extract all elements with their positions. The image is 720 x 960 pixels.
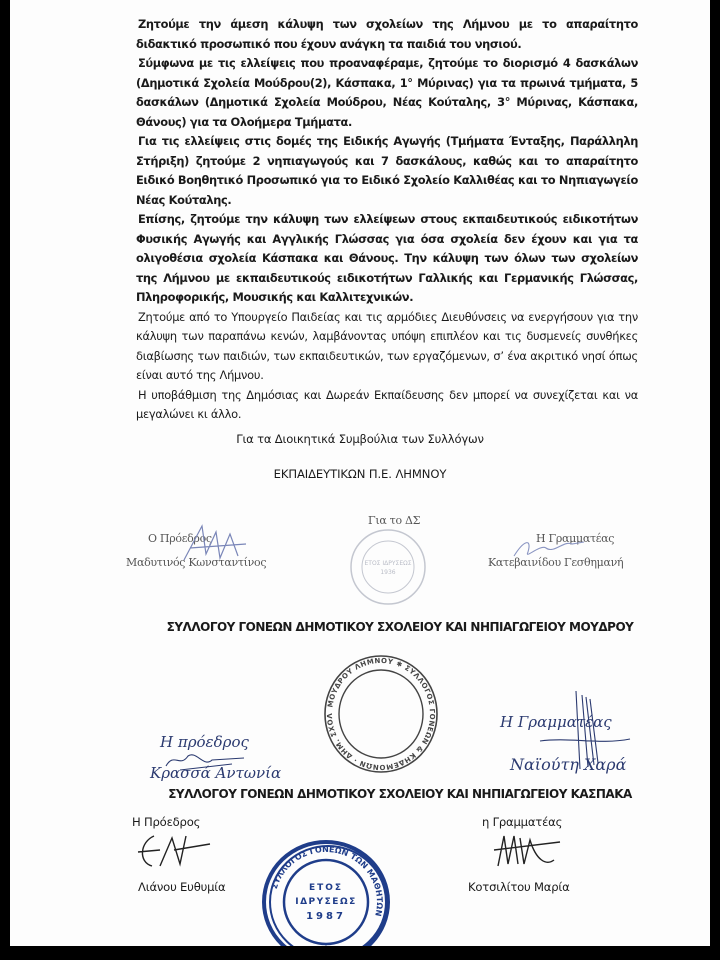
teachers-union-name: ΕΚΠΑΙΔΕΥΤΙΚΩΝ Π.Ε. ΛΗΜΝΟΥ — [10, 467, 710, 481]
svg-text:1987: 1987 — [306, 911, 346, 922]
moudros-union-name: ΣΥΛΛΟΓΟΥ ΓΟΝΕΩΝ ΔΗΜΟΤΙΚΟΥ ΣΧΟΛΕΙΟΥ ΚΑΙ Ν… — [10, 620, 710, 634]
moudros-president-handwritten-name: Κρασσά Αντωνία — [150, 764, 281, 782]
svg-text:ΕΤΟΣ: ΕΤΟΣ — [309, 883, 343, 893]
paragraph-2: Σύμφωνα με τις ελλείψεις που προαναφέραμ… — [136, 54, 638, 132]
kaspakas-president-signature — [134, 832, 214, 872]
svg-text:ΕΤΟΣ ΙΔΡΥΣΕΩΣ: ΕΤΟΣ ΙΔΡΥΣΕΩΣ — [365, 560, 412, 567]
teachers-president-signature — [180, 520, 250, 570]
paragraph-1: Ζητούμε την άμεση κάλυψη των σχολείων τη… — [136, 15, 638, 54]
kaspakas-president-title: Η Πρόεδρος — [132, 815, 200, 829]
kaspakas-secretary-name: Κοτσιλίτου Μαρία — [468, 880, 570, 894]
paragraph-5: Ζητούμε από το Υπουργείο Παιδείας και τι… — [136, 308, 638, 386]
kaspakas-secretary-signature — [490, 830, 570, 870]
teachers-secretary-signature — [510, 534, 590, 564]
kaspakas-president-name: Λιάνου Ευθυμία — [138, 880, 225, 894]
kaspakas-union-name: ΣΥΛΛΟΓΟΥ ΓΟΝΕΩΝ ΔΗΜΟΤΙΚΟΥ ΣΧΟΛΕΙΟΥ ΚΑΙ Ν… — [10, 787, 710, 801]
svg-text:★: ★ — [322, 944, 331, 946]
paragraph-3: Για τις ελλείψεις στις δομές της Ειδικής… — [136, 132, 638, 210]
kaspakas-secretary-title: η Γραμματέας — [482, 815, 562, 829]
teachers-union-stamp: ΕΤΟΣ ΙΔΡΥΣΕΩΣ 1936 — [348, 527, 428, 607]
document-page: Ζητούμε την άμεση κάλυψη των σχολείων τη… — [10, 0, 710, 946]
svg-text:1936: 1936 — [380, 569, 395, 576]
closing-line: Για τα Διοικητικά Συμβούλια των Συλλόγων — [10, 432, 710, 446]
for-board-label: Για το ΔΣ — [368, 514, 420, 527]
moudros-union-stamp: ΜΟΥΔΡΟΥ ΛΗΜΝΟΥ ✱ ΣΥΛΛΟΓΟΣ ΓΟΝΕΩΝ & ΚΗΔΕΜ… — [321, 652, 441, 776]
moudros-secretary-handwritten-name: Ναϊούτη Χαρά — [510, 755, 626, 774]
svg-text:ΜΟΥΔΡΟΥ ΛΗΜΝΟΥ ✱ ΣΥΛΛΟΓΟΣ ΓΟΝΕ: ΜΟΥΔΡΟΥ ΛΗΜΝΟΥ ✱ ΣΥΛΛΟΓΟΣ ΓΟΝΕΩΝ & ΚΗΔΕΜ… — [317, 646, 436, 771]
paragraph-6: Η υποβάθμιση της Δημόσιας και Δωρεάν Εκπ… — [136, 386, 638, 425]
svg-text:ΙΔΡΥΣΕΩΣ: ΙΔΡΥΣΕΩΣ — [295, 897, 357, 907]
letter-body: Ζητούμε την άμεση κάλυψη των σχολείων τη… — [136, 15, 638, 425]
kaspakas-union-stamp: ΣΥΛΛΟΓΟΣ ΓΟΝΕΩΝ ΤΩΝ ΜΑΘΗΤΩΝ ΕΤΟΣ ΙΔΡΥΣΕΩ… — [258, 840, 398, 946]
paragraph-4: Επίσης, ζητούμε την κάλυψη των ελλείψεων… — [136, 210, 638, 308]
